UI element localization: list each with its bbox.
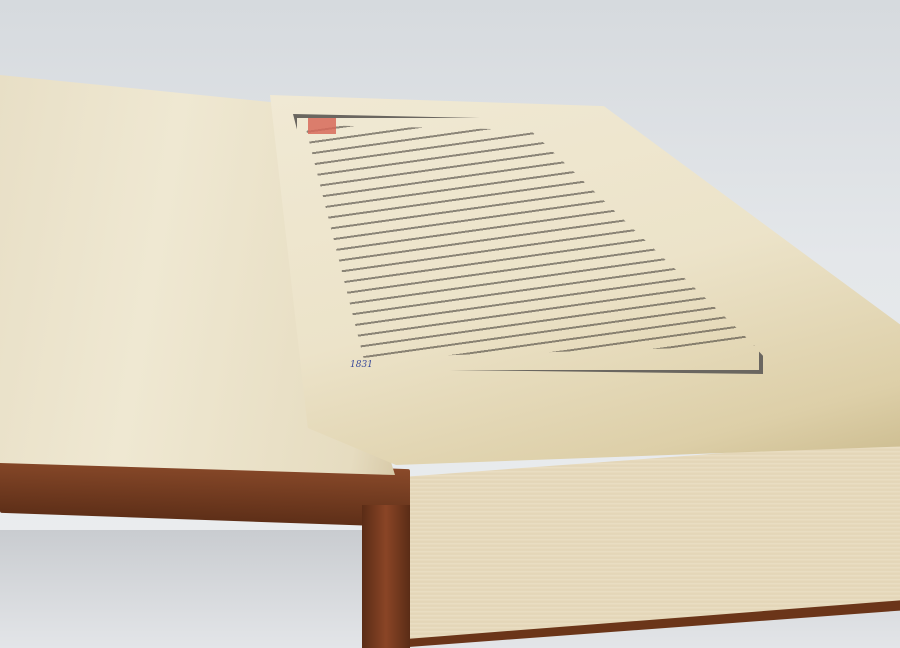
- handwritten-mark: 1831: [350, 360, 373, 370]
- photo-scene: 1831 Old leather-bound book lying open o…: [0, 0, 900, 648]
- book-spine: [362, 505, 410, 648]
- image-description: Old leather-bound book lying open on a l…: [0, 0, 1, 1]
- red-initial: [308, 118, 336, 134]
